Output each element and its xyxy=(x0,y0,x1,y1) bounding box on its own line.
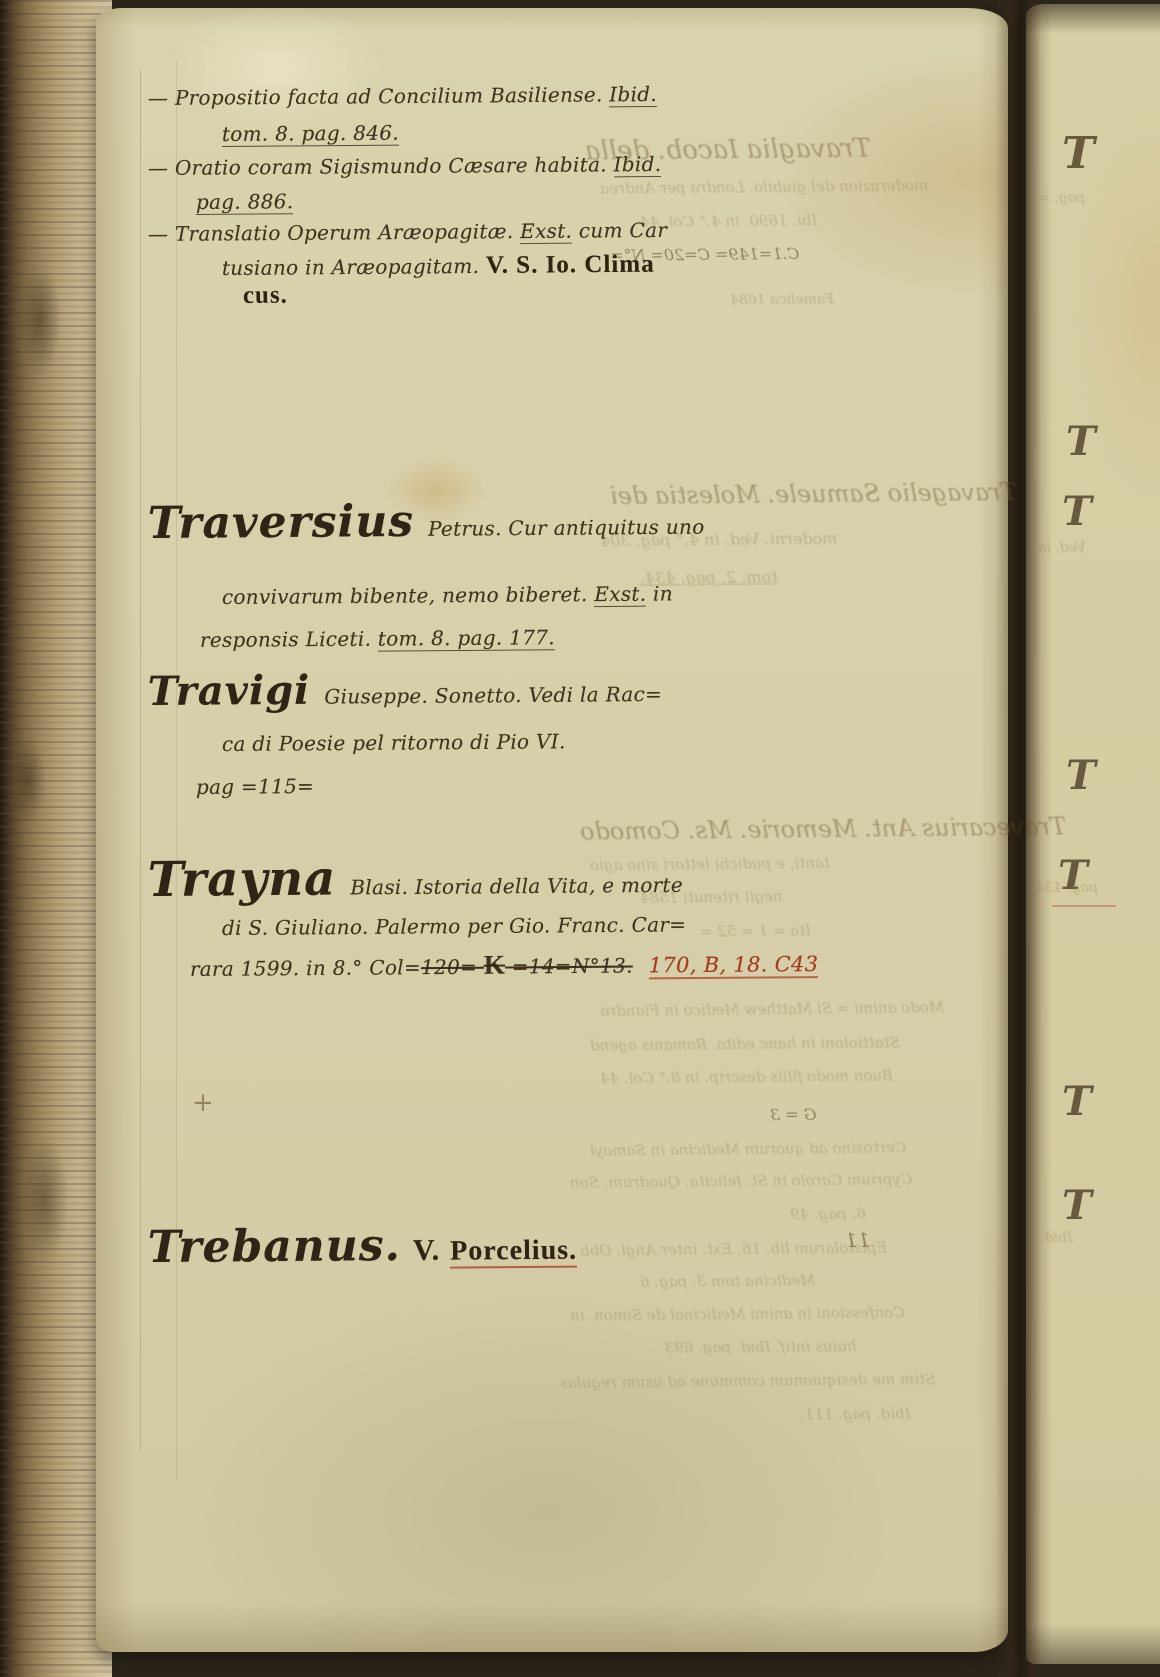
entry-oratio-line2: pag. 886. xyxy=(196,189,294,214)
entry-trayna-line2: di S. Giuliano. Palermo per Gio. Franc. … xyxy=(222,912,687,940)
manuscript-scan: — Propositio facta ad Concilium Basilien… xyxy=(0,0,1160,1677)
struck-shelfmark: =14=N°13. xyxy=(505,954,633,979)
entry-text: cum Car xyxy=(572,218,667,243)
entry-text: Blasi. Istoria della Vita, e morte xyxy=(350,873,683,900)
struck-shelfmark-K: K xyxy=(484,950,506,980)
entry-travigi-line2: ca di Poesie pel ritorno di Pio VI. xyxy=(222,729,566,756)
entry-traversius-line2: convivarum bibente, nemo biberet. Exst. … xyxy=(222,581,673,609)
margin-rule-line xyxy=(140,70,141,1450)
bleedthrough-fragment: Stattioloni in hanc edita. Romanis agend xyxy=(590,1033,900,1054)
headword-travigi: Travigi xyxy=(148,667,311,715)
adjacent-headword-initial: T xyxy=(1062,488,1092,535)
ink-cross-mark: + xyxy=(192,1088,214,1118)
entry-translatio-line1: — Translatio Operum Aræopagitæ. Exst. cu… xyxy=(148,218,667,246)
entry-text: di S. Giuliano. Palermo per Gio. Franc. … xyxy=(222,912,687,940)
bleedthrough-fragment: Travecarius Ant. Memorie. Ms. Comodo xyxy=(580,812,1066,845)
adjacent-headword-initial: T xyxy=(1066,418,1096,465)
adjacent-ghost-fragment: pag. 434 xyxy=(1036,880,1098,897)
adjacent-ghost-fragment: Ved. la xyxy=(1038,540,1086,556)
entry-text: rara 1599. in 8.° Col= xyxy=(190,955,421,981)
ibid-ref: Ibid. xyxy=(613,152,661,177)
bleedthrough-fragment: Famelica 1684 xyxy=(730,291,834,308)
entry-text: in xyxy=(646,581,673,605)
headword-trebanus: Trebanus. xyxy=(148,1220,401,1273)
entry-oratio-line1: — Oratio coram Sigismundo Cæsare habita.… xyxy=(148,152,662,180)
bleedthrough-fragment: Cyprium Carolo in St. felicita. Quadrum.… xyxy=(570,1170,912,1192)
adjacent-red-underline-mark xyxy=(1052,905,1116,907)
entry-travigi-line3: pag =115= xyxy=(196,774,314,799)
entry-traversius-line3: responsis Liceti. tom. 8. pag. 177. xyxy=(200,625,555,652)
bleedthrough-fragment: Ita = 1 = 52 = xyxy=(700,921,811,940)
adjacent-ghost-fragment: pag. = xyxy=(1038,190,1085,206)
page-ref: tom. 8. pag. 846. xyxy=(222,121,399,147)
entry-trayna-line3: rara 1599. in 8.° Col=120= K =14=N°13.17… xyxy=(190,947,819,983)
ibid-ref: Ibid. xyxy=(609,82,657,107)
bleedthrough-fragment: 6. pag. 49 xyxy=(790,1205,866,1224)
struck-shelfmark: 120= xyxy=(421,955,484,979)
entry-traversius-head: TraversiusPetrus. Cur antiquitus uno xyxy=(148,494,705,549)
entry-propositio-line2: tom. 8. pag. 846. xyxy=(222,121,399,146)
vide-marker: V. xyxy=(413,1234,441,1267)
bleedthrough-fragment: Confessioni in animi Medicinal de Simon.… xyxy=(570,1303,905,1325)
crossref-clima-cont: cus. xyxy=(243,282,288,309)
entry-translatio-line3: cus. xyxy=(243,282,288,310)
bleedthrough-fragment: Epistolarum lib. 16. Ext. inter Angl. Ob… xyxy=(580,1238,887,1259)
entry-dash: — xyxy=(148,156,169,180)
bleedthrough-fragment: Medicina tom 3. pag. 6 xyxy=(640,1271,816,1291)
bleedthrough-fragment: moderazion del giubilo. Londra per Andre… xyxy=(600,176,928,197)
exst-ref: Exst. xyxy=(594,582,646,607)
entry-dash: — xyxy=(148,86,169,110)
adjacent-ghost-fragment: Ibid. xyxy=(1040,1230,1073,1246)
entry-text: ca di Poesie pel ritorno di Pio VI. xyxy=(222,729,566,756)
crossref-clima: V. S. Io. Clima xyxy=(486,251,655,279)
entry-trayna-head: TraynaBlasi. Istoria della Vita, e morte xyxy=(148,848,684,908)
entry-translatio-line2: tusiano in Aræopagitam. V. S. Io. Clima xyxy=(222,251,655,282)
headword-traversius: Traversius xyxy=(148,496,415,549)
entry-text: Propositio facta ad Concilium Basiliense… xyxy=(175,82,610,109)
page-gutter-shadow xyxy=(995,0,1041,1677)
red-shelfmark: 170, B, 18. C43 xyxy=(649,952,819,979)
adjacent-headword-initial: T xyxy=(1062,128,1095,179)
headword-trayna: Trayna xyxy=(148,851,337,908)
bleedthrough-fragment: Buon modo filiis descrip. in 8.° Col. 44 xyxy=(600,1066,893,1087)
exst-ref: Exst. xyxy=(520,219,572,244)
entry-propositio-line1: — Propositio facta ad Concilium Basilien… xyxy=(148,82,657,110)
bleedthrough-fragment: huius intif. Ibid. pag. 693. xyxy=(660,1337,857,1357)
bleedthrough-fragment: G = 3 xyxy=(770,1105,817,1124)
entry-travigi-head: TravigiGiuseppe. Sonetto. Vedi la Rac= xyxy=(148,664,663,715)
tome-page-ref: tom. 8. pag. 177. xyxy=(378,625,555,651)
entry-text: Translatio Operum Aræopagitæ. xyxy=(175,219,520,246)
entry-text: responsis Liceti. xyxy=(200,627,378,652)
entry-text: tusiano in Aræopagitam. xyxy=(222,254,486,280)
entry-text: convivarum bibente, nemo biberet. xyxy=(222,582,595,609)
bleedthrough-fragment: Ibid. pag. 111. xyxy=(800,1404,911,1423)
bleedthrough-mark: 11 xyxy=(845,1228,871,1252)
entry-text: Petrus. Cur antiquitus uno xyxy=(428,515,705,541)
adjacent-headword-initial: T xyxy=(1062,1078,1092,1125)
adjacent-headword-initial: T xyxy=(1066,752,1096,799)
entry-text: Giuseppe. Sonetto. Vedi la Rac= xyxy=(324,682,662,709)
adjacent-headword-initial: T xyxy=(1062,1182,1092,1229)
entry-trebanus: Trebanus.V.Porcelius. xyxy=(148,1219,578,1273)
entry-dash: — xyxy=(148,222,169,246)
crossref-porcelius: Porcelius. xyxy=(450,1235,577,1269)
entry-text: Oratio coram Sigismundo Cæsare habita. xyxy=(175,152,614,179)
page-ref: pag =115= xyxy=(196,774,314,799)
page-ref: pag. 886. xyxy=(196,189,294,215)
bleedthrough-fragment: Certosino ad quorum Medicina in Samoyl xyxy=(590,1138,906,1159)
bleedthrough-fragment: Modo animi = Si Matthew Medico in Fiandr… xyxy=(600,998,944,1020)
